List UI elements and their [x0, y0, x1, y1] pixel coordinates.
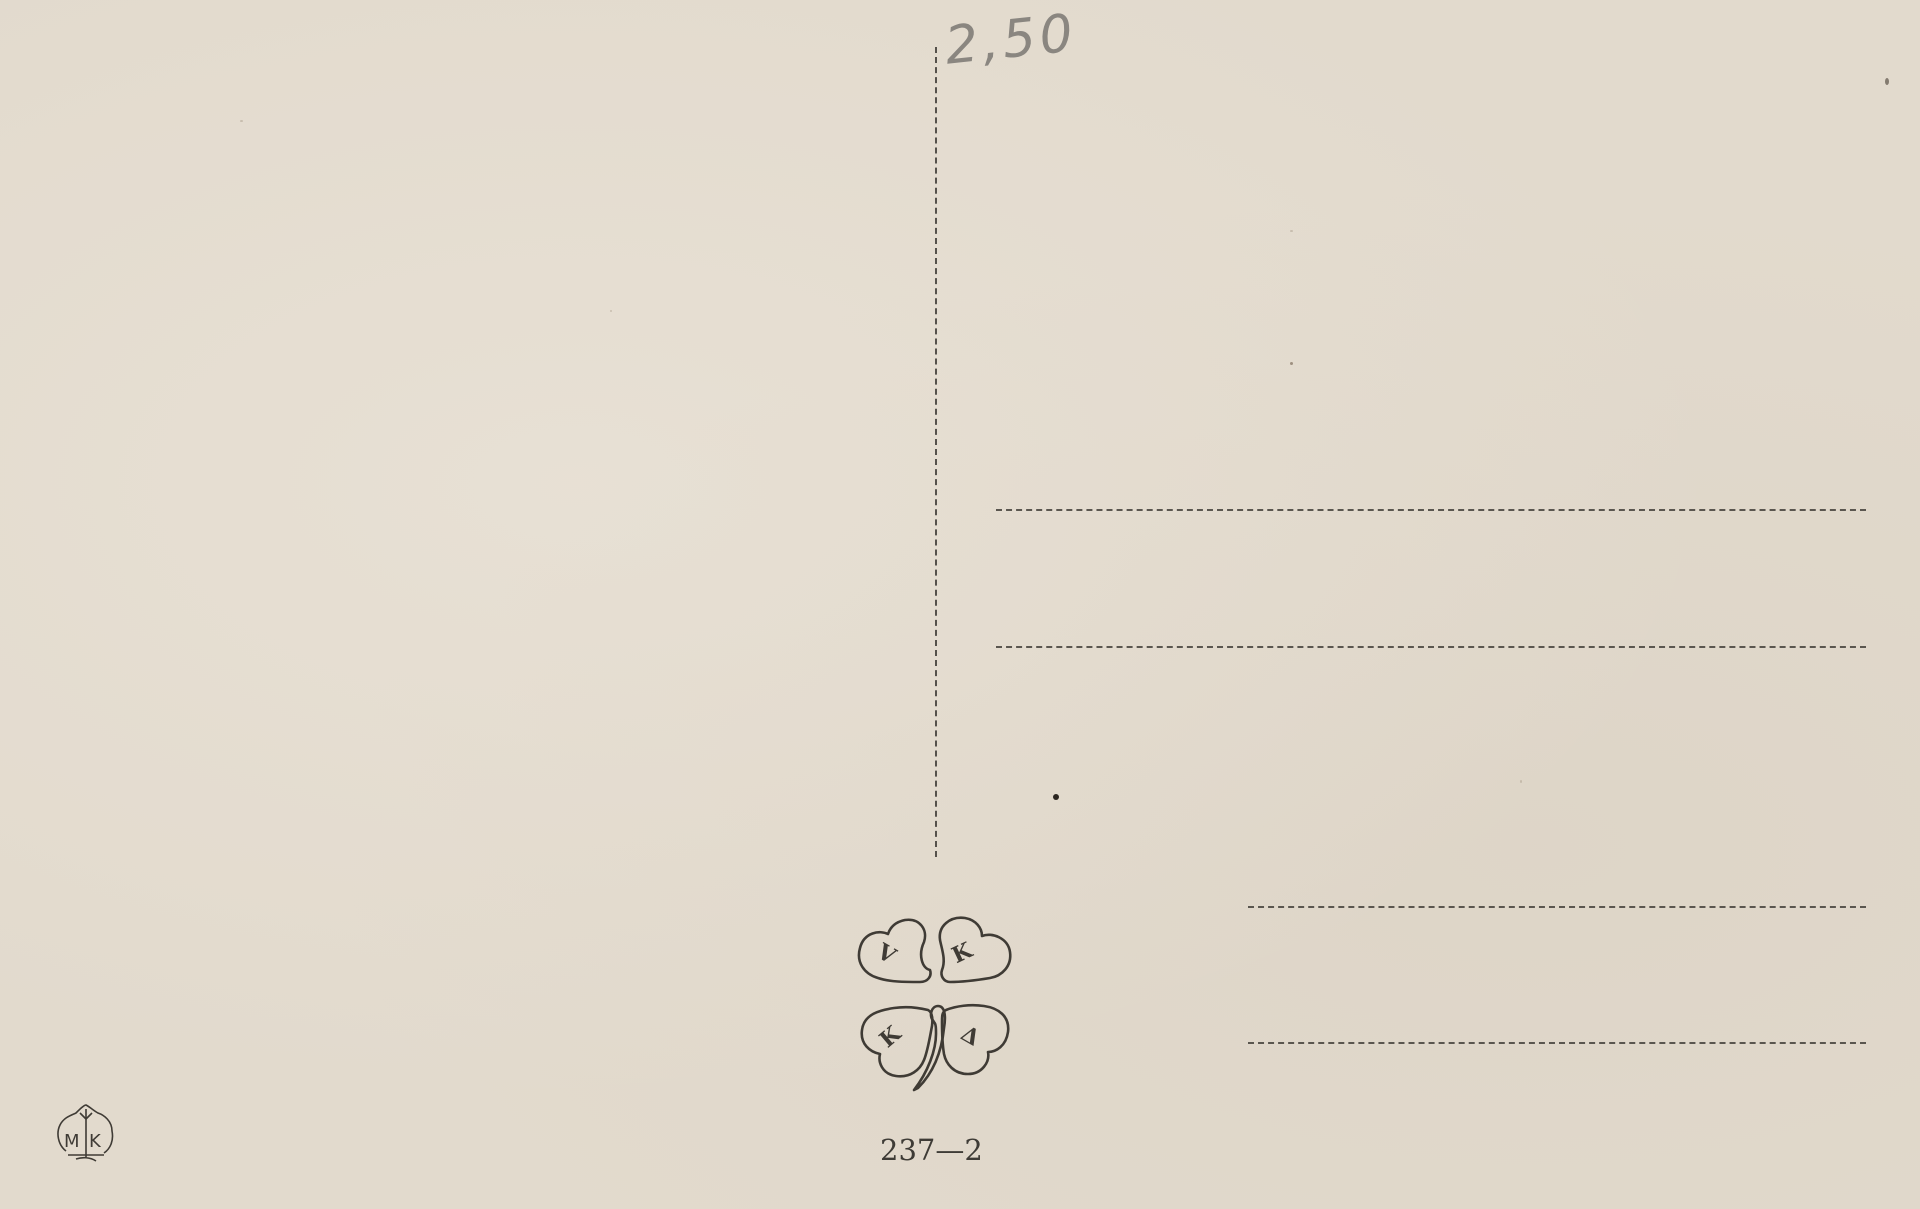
catalog-number: 237—2: [880, 1133, 983, 1167]
divider-line: [935, 47, 937, 857]
ink-dot: [1053, 794, 1059, 800]
paper-speck: [1885, 78, 1889, 85]
handwritten-price: 2,50: [942, 3, 1079, 76]
svg-text:V: V: [871, 938, 900, 970]
address-line-1: [996, 509, 1866, 511]
address-line-3: [1248, 906, 1866, 908]
svg-text:M: M: [64, 1131, 80, 1152]
paper-speck: [1290, 230, 1293, 232]
paper-speck: [240, 120, 243, 122]
svg-text:K: K: [948, 937, 977, 969]
postcard-back: 2,50 V K K Δ 237—2: [0, 0, 1920, 1209]
address-line-2: [996, 646, 1866, 648]
paper-speck: [610, 310, 612, 312]
svg-text:Δ: Δ: [956, 1021, 984, 1052]
paper-speck: [1290, 362, 1293, 365]
svg-text:K: K: [89, 1131, 102, 1152]
address-line-4: [1248, 1042, 1866, 1044]
paper-speck: [1520, 780, 1522, 783]
mk-leaf-logo-icon: M K: [52, 1103, 118, 1165]
svg-text:K: K: [875, 1020, 907, 1053]
four-leaf-clover-icon: V K K Δ: [850, 910, 1020, 1105]
